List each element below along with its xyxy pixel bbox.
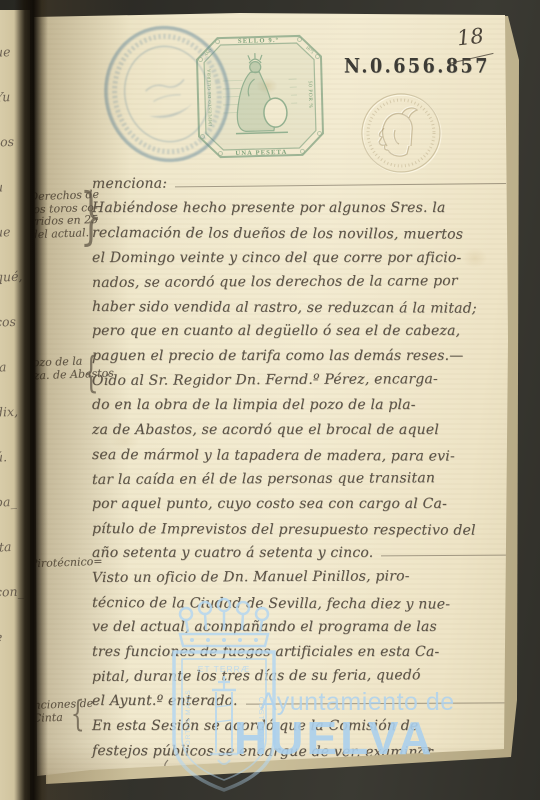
handwriting-fragment: ita [0, 538, 30, 554]
handwriting-fragment: qué, [0, 268, 30, 284]
manuscript-line: el Domingo veinte y cinco del que corre … [92, 241, 508, 266]
handwriting-fragment: Yu [0, 88, 30, 104]
stamp-bottom-label: UNA PESETA [235, 149, 287, 157]
manuscript-line: reclamación de los dueños de los novillo… [92, 216, 508, 242]
manuscript-line: año setenta y cuatro á setenta y cinco. [92, 537, 508, 562]
handwriting-fragment: ú. [0, 448, 30, 464]
handwriting-fragment: ba_ [0, 493, 30, 509]
manuscript-line: Oído al Sr. Regidor Dn. Fernd.º Pérez, e… [92, 362, 508, 389]
manuscript-line: En esta Sesión se acordó que la Comisión… [92, 709, 508, 734]
margin-brace: { [71, 693, 85, 735]
manuscript-line: za de Abastos, se acordó que el brocal d… [92, 413, 508, 438]
handwriting-fragment: con_ [0, 583, 30, 599]
previous-page-edge: ueYutosuuequé,cosíadix,ú.ba_itacon_e [0, 10, 30, 800]
folio-number: 18 [456, 24, 485, 51]
handwriting-fragment: ue [0, 43, 30, 59]
manuscript-line: pítulo de Imprevistos del presupuesto re… [92, 512, 508, 538]
manuscript-page: SELLO 9.º AÑO 1875 IMPUESTO DE GUERRA 50… [0, 0, 540, 800]
manuscript-line: Habiéndose hecho presente por algunos Sr… [92, 192, 508, 217]
ink-stamp-icon [92, 16, 242, 168]
margin-brace: } [80, 179, 102, 251]
manuscript-line: do en la obra de la limpia del pozo de l… [92, 389, 508, 414]
margin-note-pozo: Pozo de laPza. de Abastos [26, 354, 115, 382]
handwriting-fragment: ue [0, 223, 30, 239]
manuscript-line: nados, se acordó que los derechos de la … [92, 263, 508, 290]
stamp-right-label: 50 POR % [307, 81, 314, 109]
manuscript-line: haber sido vendida al rastro, se reduzca… [92, 290, 508, 316]
stamp-top-label: SELLO 9.º [238, 37, 279, 45]
manuscript-line: el Ayunt.º enterado. [92, 684, 508, 709]
handwriting-fragment: tos [0, 133, 30, 149]
manuscript-line: técnico de la Ciudad de Sevilla, fecha d… [92, 586, 508, 612]
manuscript-line: tar la caída en él de las personas que t… [92, 461, 508, 488]
handwriting-fragment: cos [0, 313, 30, 329]
manuscript-line: por aquel punto, cuyo costo sea con carg… [92, 487, 508, 512]
manuscript-line: pero que en cuanto al degüello ó sea el … [92, 315, 508, 340]
manuscript-line: paguen el precio de tarifa como las demá… [92, 339, 508, 364]
margin-brace: { [83, 348, 99, 396]
previous-page-fragments: ueYutosuuequé,cosíadix,ú.ba_itacon_e [0, 44, 30, 644]
manuscript-text: menciona:Habiéndose hecho presente por a… [92, 167, 508, 758]
manuscript-line: pital, durante los tres días de su feria… [92, 658, 508, 685]
manuscript-line: ve del actual, acompañando el programa d… [92, 611, 508, 636]
manuscript-line: menciona: [92, 165, 508, 192]
margin-note-pirotecnico: Pirotécnico= [30, 556, 103, 571]
margin-note-line: Pirotécnico= [30, 556, 103, 571]
handwriting-fragment: dix, [0, 403, 30, 419]
handwriting-fragment: e [0, 628, 30, 644]
manuscript-line: tres funciones de fuegos artificiales en… [92, 635, 508, 660]
handwriting-fragment: ía [0, 358, 30, 374]
manuscript-line: Visto un oficio de Dn. Manuel Pinillos, … [92, 559, 508, 586]
scanned-document-photo: ueYutosuuequé,cosíadix,ú.ba_itacon_e [0, 0, 540, 800]
handwriting-fragment: u [0, 178, 30, 194]
